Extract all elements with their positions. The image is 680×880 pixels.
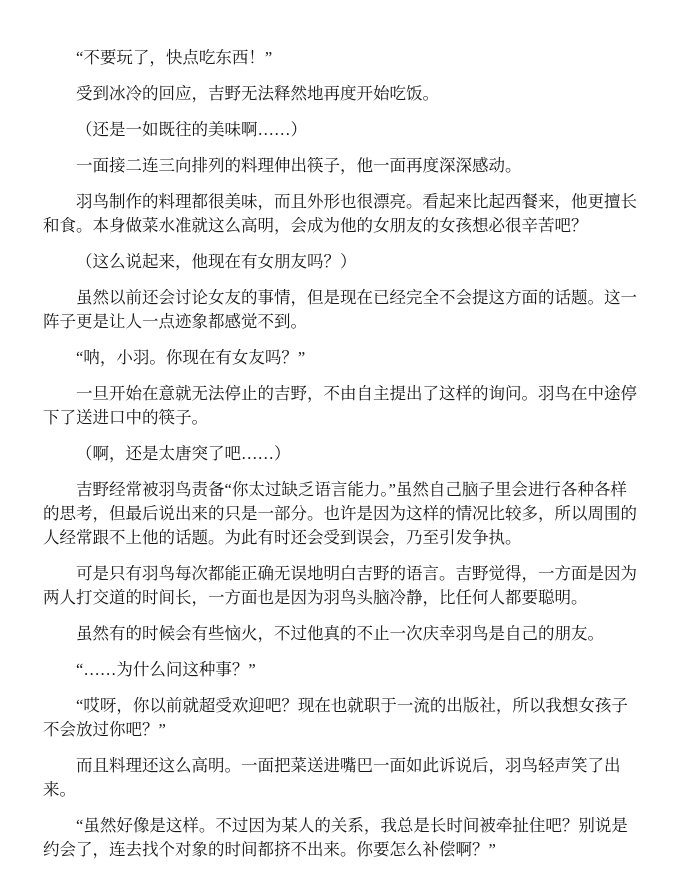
paragraph: 一旦开始在意就无法停止的吉野，不由自主提出了这样的询问。羽鸟在中途停下了送进口中…: [43, 382, 638, 430]
paragraph: 受到冰冷的回应，吉野无法释然地再度开始吃饭。: [43, 82, 638, 106]
paragraph: （这么说起来，他现在有女朋友吗？）: [43, 250, 638, 274]
document-page: “不要玩了，快点吃东西！” 受到冰冷的回应，吉野无法释然地再度开始吃饭。 （还是…: [0, 0, 680, 880]
paragraph: “哎呀，你以前就超受欢迎吧？现在也就职于一流的出版社，所以我想女孩子不会放过你吧…: [43, 694, 638, 742]
paragraph: 虽然有的时候会有些恼火，不过他真的不止一次庆幸羽鸟是自己的朋友。: [43, 622, 638, 646]
paragraph: 羽鸟制作的料理都很美味，而且外形也很漂亮。看起来比起西餐来，他更擅长和食。本身做…: [43, 190, 638, 238]
paragraph: 虽然以前还会讨论女友的事情，但是现在已经完全不会提这方面的话题。这一阵子更是让人…: [43, 286, 638, 334]
paragraph: 吉野经常被羽鸟责备“你太过缺乏语言能力。”虽然自己脑子里会进行各种各样的思考，但…: [43, 478, 638, 550]
paragraph: 一面接二连三向排列的料理伸出筷子，他一面再度深深感动。: [43, 154, 638, 178]
paragraph: （啊，还是太唐突了吧……）: [43, 442, 638, 466]
paragraph: （还是一如既往的美味啊……）: [43, 118, 638, 142]
paragraph: “……为什么问这种事？”: [43, 658, 638, 682]
paragraph: “不要玩了，快点吃东西！”: [43, 46, 638, 70]
paragraph: 可是只有羽鸟每次都能正确无误地明白吉野的语言。吉野觉得，一方面是因为两人打交道的…: [43, 562, 638, 610]
paragraph: 而且料理还这么高明。一面把菜送进嘴巴一面如此诉说后，羽鸟轻声笑了出来。: [43, 754, 638, 802]
paragraph: “虽然好像是这样。不过因为某人的关系，我总是长时间被牵扯住吧？别说是约会了，连去…: [43, 814, 638, 862]
paragraph: “呐，小羽。你现在有女友吗？”: [43, 346, 638, 370]
